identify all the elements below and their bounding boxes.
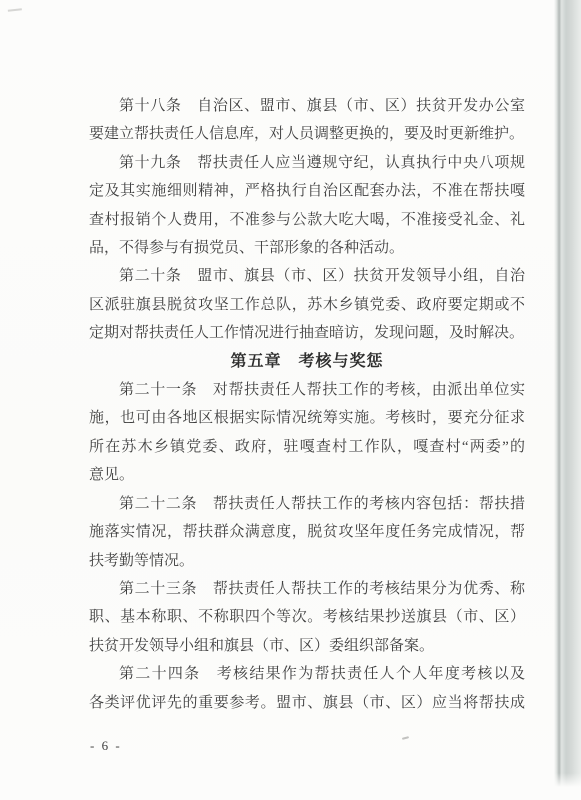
chapter-5-heading: 第五章 考核与奖惩 [89,348,525,376]
text-line: 第二十四条 考核结果作为帮扶责任人个人年度考核以及 [89,660,525,688]
article-22: 第二十二条 帮扶责任人帮扶工作的考核内容包括：帮扶措施落实情况，帮扶群众满意度，… [89,490,525,575]
text-line: 职、基本称职、不称职四个等次。考核结果抄送旗县（市、区） [89,603,525,631]
text-line: 施，也可由各地区根据实际情况统筹实施。考核时，要充分征求 [89,404,525,432]
text-line: 意见。 [89,461,525,489]
article-18: 第十八条 自治区、盟市、旗县（市、区）扶贫开发办公室要建立帮扶责任人信息库，对人… [89,92,525,149]
scan-edge-shadow [554,0,581,787]
text-line: 第二十二条 帮扶责任人帮扶工作的考核内容包括：帮扶措 [89,490,525,518]
text-line: 扶贫开发领导小组和旗县（市、区）委组织部备案。 [89,632,525,660]
text-line: 区派驻旗县脱贫攻坚工作总队，苏木乡镇党委、政府要定期或不 [89,291,525,319]
article-21: 第二十一条 对帮扶责任人帮扶工作的考核，由派出单位实施，也可由各地区根据实际情况… [89,376,525,490]
text-line: 第十八条 自治区、盟市、旗县（市、区）扶贫开发办公室 [89,92,525,120]
text-line: 各类评优评先的重要参考。盟市、旗县（市、区）应当将帮扶成 [89,689,525,717]
text-line: 第二十三条 帮扶责任人帮扶工作的考核结果分为优秀、称 [89,575,525,603]
text-line: 定期对帮扶责任人工作情况进行抽查暗访，发现问题，及时解决。 [89,319,525,347]
text-line: 第十九条 帮扶责任人应当遵规守纪，认真执行中央八项规 [89,149,525,177]
text-line: 所在苏木乡镇党委、政府，驻嘎查村工作队，嘎查村“两委”的 [89,433,525,461]
text-line: 品，不得参与有损党员、干部形象的各种活动。 [89,234,525,262]
scan-smudge [8,8,22,14]
text-line: 查村报销个人费用，不准参与公款大吃大喝，不准接受礼金、礼 [89,206,525,234]
text-line: 第二十条 盟市、旗县（市、区）扶贫开发领导小组，自治 [89,262,525,290]
article-23: 第二十三条 帮扶责任人帮扶工作的考核结果分为优秀、称职、基本称职、不称职四个等次… [89,575,525,660]
scan-speck [402,736,409,740]
text-line: 施落实情况，帮扶群众满意度，脱贫攻坚年度任务完成情况，帮 [89,518,525,546]
scanned-document-page: 第十八条 自治区、盟市、旗县（市、区）扶贫开发办公室要建立帮扶责任人信息库，对人… [0,0,581,800]
text-line: 第二十一条 对帮扶责任人帮扶工作的考核，由派出单位实 [89,376,525,404]
text-line: 扶考勤等情况。 [89,547,525,575]
article-20: 第二十条 盟市、旗县（市、区）扶贫开发领导小组，自治区派驻旗县脱贫攻坚工作总队，… [89,262,525,347]
text-line: 定及其实施细则精神，严格执行自治区配套办法，不准在帮扶嘎 [89,177,525,205]
page-number: - 6 - [90,738,122,754]
article-24: 第二十四条 考核结果作为帮扶责任人个人年度考核以及各类评优评先的重要参考。盟市、… [89,660,525,717]
text-line: 要建立帮扶责任人信息库，对人员调整更换的，要及时更新维护。 [89,120,525,148]
article-19: 第十九条 帮扶责任人应当遵规守纪，认真执行中央八项规定及其实施细则精神，严格执行… [89,149,525,263]
document-body: 第十八条 自治区、盟市、旗县（市、区）扶贫开发办公室要建立帮扶责任人信息库，对人… [89,92,525,717]
